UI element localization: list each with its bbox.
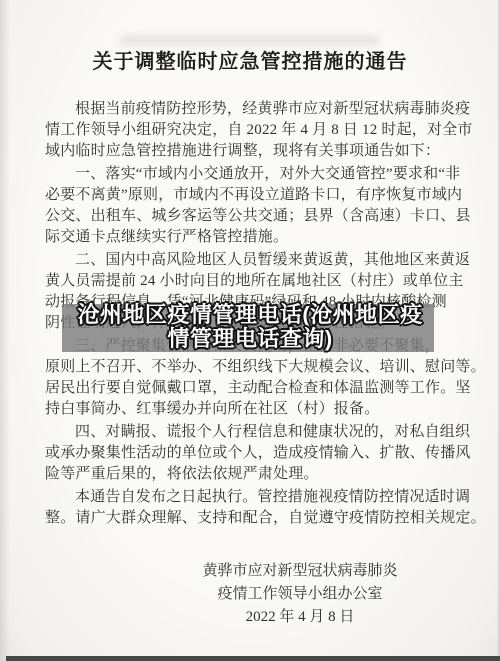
notice-line: 一、落实“市域内小交通放开，对外大交通管控”要求和“非 bbox=[45, 164, 455, 185]
caption-line: 情管理电话查询) bbox=[30, 327, 470, 351]
signature-line: 疫情工作领导小组办公室 bbox=[160, 583, 440, 606]
notice-line: 或承办聚集性活动的单位或个人，造成疫情输入、扩散、传播风 bbox=[45, 443, 455, 464]
caption-title: 沧州地区疫情管理电话(沧州地区疫情管理电话查询) bbox=[30, 303, 470, 351]
photo-edge-bottom bbox=[6, 656, 500, 661]
notice-line: 公交、出租车、城乡客运等公共交通；县界（含高速）卡口、县 bbox=[45, 206, 455, 227]
notice-photo: 关于调整临时应急管控措施的通告 根据当前疫情防控形势，经黄骅市应对新型冠状病毒肺… bbox=[0, 0, 500, 661]
notice-line: 际交通卡点继续实行严格管控措施。 bbox=[45, 227, 455, 248]
notice-title: 关于调整临时应急管控措施的通告 bbox=[45, 48, 455, 76]
notice-line: 本通告自发布之日起执行。管控措施视疫情防控情况适时调 bbox=[45, 487, 455, 508]
notice-line: 二、国内中高风险地区人员暂缓来黄返黄，其他地区来黄返 bbox=[45, 250, 455, 271]
notice-line: 四、对瞒报、谎报个人行程信息和健康状况的，对私自组织 bbox=[45, 422, 455, 443]
notice-line: 根据当前疫情防控形势，经黄骅市应对新型冠状病毒肺炎疫 bbox=[45, 99, 455, 120]
notice-document: 关于调整临时应急管控措施的通告 根据当前疫情防控形势，经黄骅市应对新型冠状病毒肺… bbox=[45, 48, 455, 529]
notice-line: 持白事简办、红事缓办并向所在社区（村）报备。 bbox=[45, 399, 455, 420]
notice-signature: 黄骅市应对新型冠状病毒肺炎疫情工作领导小组办公室2022 年 4 月 8 日 bbox=[160, 560, 440, 629]
signature-line: 黄骅市应对新型冠状病毒肺炎 bbox=[160, 560, 440, 583]
caption-line: 沧州地区疫情管理电话(沧州地区疫 bbox=[30, 303, 470, 327]
notice-line: 黄人员需提前 24 小时向目的地所在属地社区（村庄）或单位主 bbox=[45, 271, 455, 292]
photo-edge-left bbox=[0, 0, 10, 661]
scan-artifact-smudge bbox=[120, 36, 380, 45]
notice-line: 必要不离黄”原则，市域内不再设立道路卡口，有序恢复市域内 bbox=[45, 185, 455, 206]
signature-line: 2022 年 4 月 8 日 bbox=[160, 606, 440, 629]
notice-line: 域内临时应急管控措施进行调整，现将有关事项通告如下： bbox=[45, 141, 455, 162]
notice-line: 原则上不召开、不举办、不组织线下大规模会议、培训、慰问等。 bbox=[45, 357, 455, 378]
notice-line: 情工作领导小组研究决定，自 2022 年 4 月 8 日 12 时起，对全市 bbox=[45, 120, 455, 141]
notice-line: 险等严重后果的，将依法依规严肃处理。 bbox=[45, 464, 455, 485]
notice-line: 居民出行要自觉佩戴口罩，主动配合检查和体温监测等工作。坚 bbox=[45, 378, 455, 399]
notice-line: 整。请广大群众理解、支持和配合，自觉遵守疫情防控相关规定。 bbox=[45, 508, 455, 529]
